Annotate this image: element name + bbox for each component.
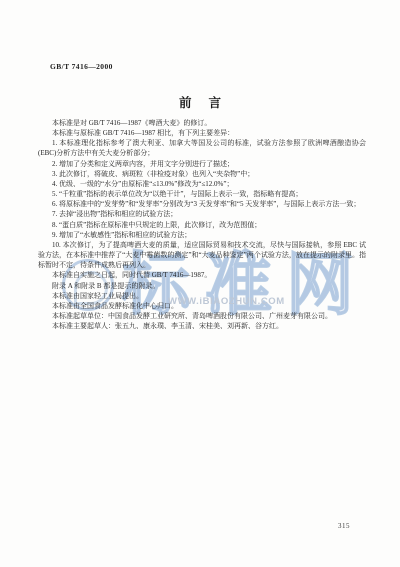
paragraph: 2. 增加了分类和定义两章内容，并用文字分别进行了描述； [38,159,366,169]
paragraph: 本标准起草单位：中国食品发酵工业研究所、青岛啤酒股份有限公司、广州麦芽有限公司。 [38,311,366,321]
paragraph: 本标准由全国食品发酵标准化中心归口。 [38,301,366,311]
paragraph: 本标准由国家轻工业局提出。 [38,291,366,301]
paragraph: 4. 优级、一级的“水分”由原标准“≤13.0%”修改为“≤12.0%”； [38,179,366,189]
paragraph: 本标准是对 GB/T 7416—1987《啤酒大麦》的修订。 [38,118,366,128]
paragraph: 本标准自实施之日起，同时代替 GB/T 7416—1987。 [38,270,366,280]
foreword-body: 本标准是对 GB/T 7416—1987《啤酒大麦》的修订。 本标准与原标准 G… [38,118,366,331]
paragraph: 1. 本标准理化指标参考了澳大利亚、加拿大等国及公司的标准，试验方法参照了欧洲啤… [38,138,366,158]
paragraph: 10. 本次修订，为了提高啤酒大麦的质量，适应国际贸易和技术交流，尽快与国际接轨… [38,240,366,270]
paragraph: 3. 此次修订，将破皮、病斑粒（非检疫对象）也列入“夹杂物”中； [38,169,366,179]
paragraph: 7. 去掉“浸出物”指标和相应的试验方法； [38,209,366,219]
document-page: GB/T 7416—2000 前言 标准网 WWW.iBIAOZHUN.COM … [0,0,400,567]
paragraph: 本标准与原标准 GB/T 7416—1987 相比，有下列主要差异： [38,128,366,138]
paragraph: 5. “千粒重”指标的表示单位改为“以绝干计”，与国际上表示一致，指标略有提高； [38,189,366,199]
paragraph: 本标准主要起草人：张五九、康永璞、李玉清、宋桂美、刘再新、谷方红。 [38,321,366,331]
standard-number: GB/T 7416—2000 [50,62,113,71]
paragraph: 8. “蛋白质”指标在原标准中只规定的上限，此次修订，改为范围值； [38,220,366,230]
page-number: 315 [338,522,350,530]
paragraph: 6. 将原标准中的“发芽势”和“发芽率”分别改为“3 天发芽率”和“5 天发芽率… [38,199,366,209]
page-title: 前言 [0,93,400,111]
paragraph: 9. 增加了“水敏感性”指标和相应的试验方法； [38,230,366,240]
paragraph: 附录 A 和附录 B 都是提示的附录。 [38,281,366,291]
